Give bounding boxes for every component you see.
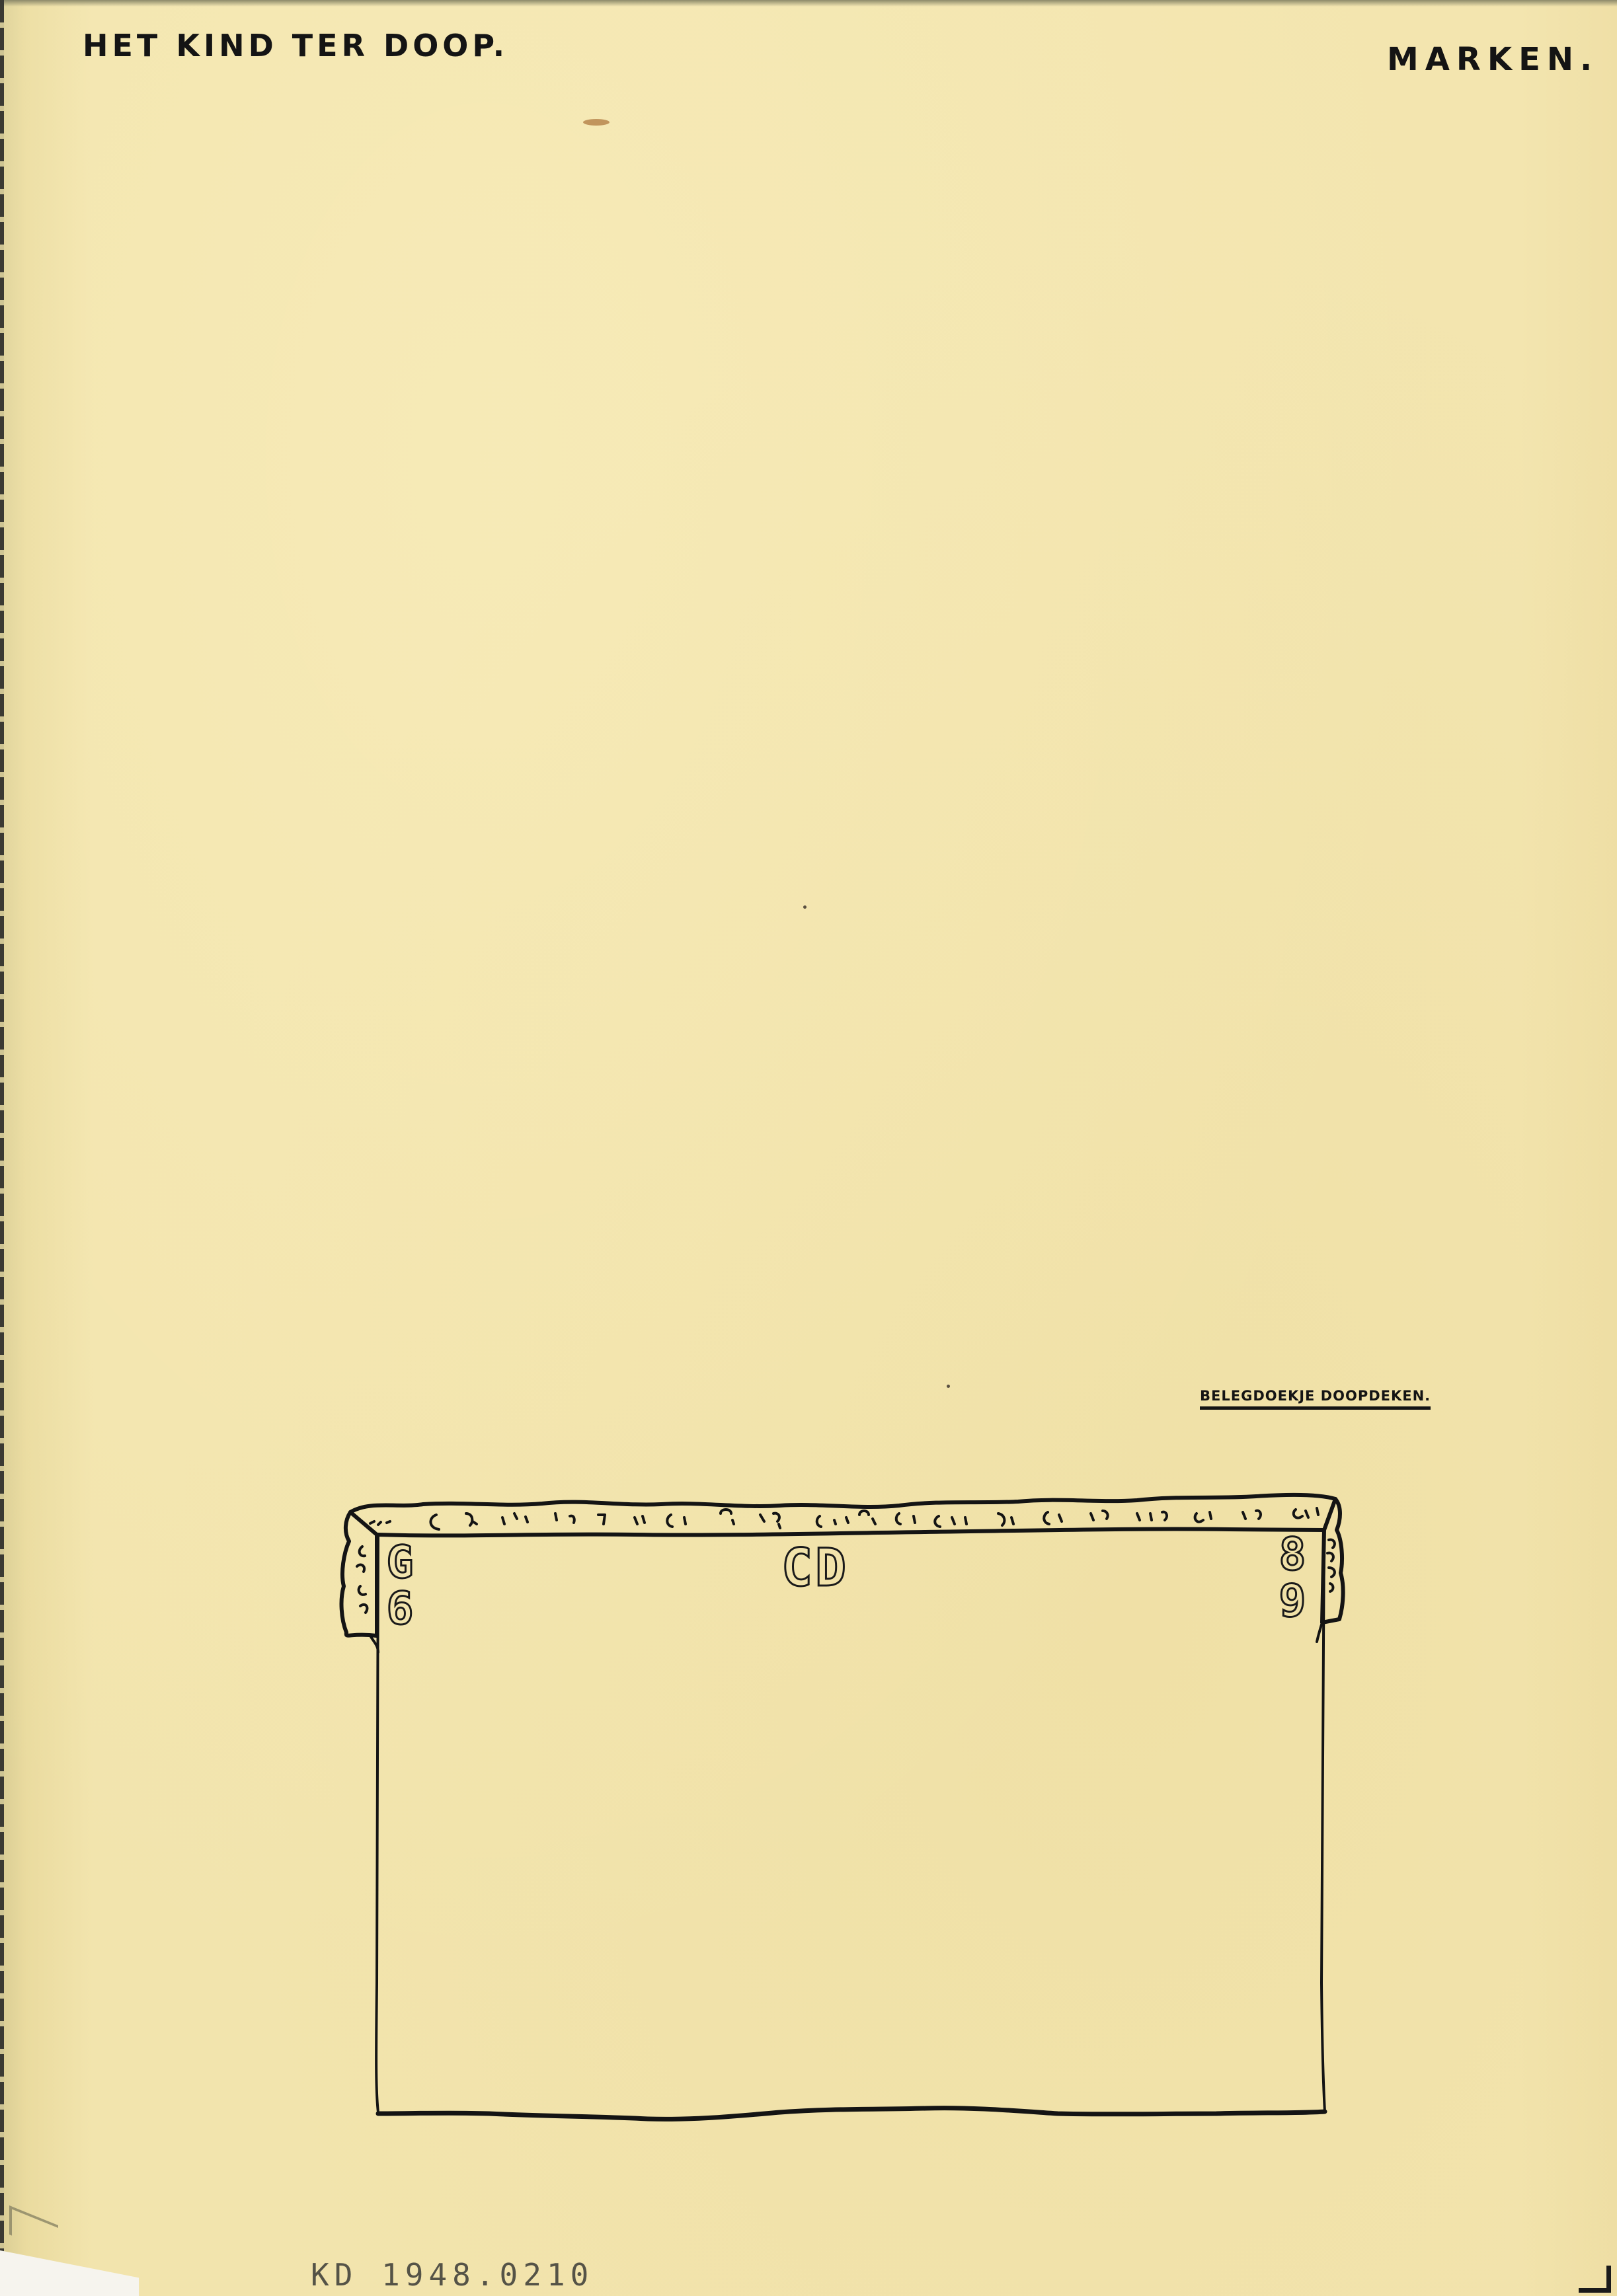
- monogram-right-bottom: 9: [1273, 1578, 1312, 1625]
- blanket-drawing: [0, 0, 1617, 2296]
- archive-reference-number: KD 1948.0210: [311, 2257, 594, 2293]
- blanket-body-bottom-edge: [378, 2108, 1325, 2120]
- blanket-top-band-lower: [377, 1529, 1324, 1535]
- monogram-left-bottom: 6: [380, 1586, 420, 1632]
- blanket-top-band: [350, 1495, 1335, 1512]
- monogram-cd: CD: [781, 1539, 849, 1598]
- monogram-right-top: 8: [1273, 1532, 1312, 1578]
- monogram-right-corner: 8 9: [1273, 1532, 1312, 1625]
- corner-crop-mark-right: [1579, 2266, 1611, 2293]
- monogram-left-corner: G 6: [380, 1540, 420, 1632]
- blanket-left-fold: [342, 1512, 377, 1636]
- monogram-left-top: G: [380, 1540, 420, 1586]
